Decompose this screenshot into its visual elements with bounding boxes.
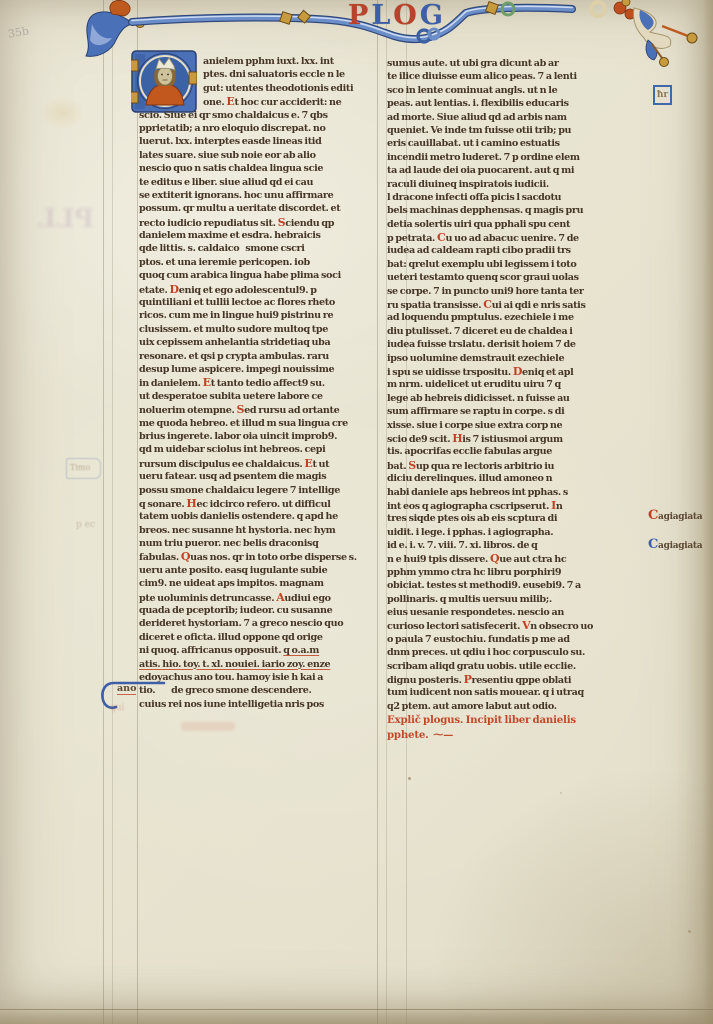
text-line: dignu posteris. Presentiu qppe oblati	[387, 673, 605, 686]
rubricated-initial: E	[203, 376, 211, 389]
text-line: danielem maxime et esdra. hebraicis	[139, 229, 371, 242]
ruling-line	[137, 0, 138, 1024]
text-line: int eos q agiographa cscripserut. In	[387, 499, 605, 512]
text-line: iudea ad caldeam rapti cibo pradii trs	[387, 244, 605, 257]
gold-ball	[687, 33, 697, 43]
rubricated-initial: C	[437, 231, 445, 244]
text-line: me quoda hebreo. et illud m sua lingua c…	[139, 417, 371, 430]
text-line: pphete. ⁓—	[387, 728, 605, 743]
ink-speck	[688, 930, 691, 933]
red-underlined-text: q o.a.m	[283, 645, 319, 656]
text-line: diceret e oficta. illud oppone qd orige	[139, 631, 371, 644]
heading-letter: L	[371, 0, 393, 31]
text-line: gut: utentes theodotionis editi	[203, 82, 371, 95]
margin-word: agiagiata	[658, 512, 702, 522]
ruling-line	[377, 0, 378, 1024]
text-line: ru spatia transisse. Cui ai qdi e nris s…	[387, 298, 605, 311]
rubricated-initial: S	[237, 403, 245, 416]
text-line: qde littis. s. caldaico smone cscri	[139, 242, 371, 255]
text-line: luerut. lxx. interptes easde lineas itid	[139, 135, 371, 148]
margin-word: agiagiata	[658, 541, 702, 551]
text-line: te ilice diuisse eum alico peas. 7 a len…	[387, 70, 605, 83]
text-line: id e. i. v. 7. viii. 7. xi. libros. de q	[387, 539, 605, 552]
text-line: te editus e liber. siue aliud qd ei cau	[139, 176, 371, 189]
text-line: tatem uobis danielis ostendere. q apd he	[139, 510, 371, 523]
gold-tab	[131, 60, 138, 71]
text-line: scio. Siue ei qr smo chaldaicus e. 7 qbs	[139, 109, 371, 122]
ink-speck	[560, 792, 562, 794]
text-line: uidit. i lege. i pphas. i agiographa.	[387, 526, 605, 539]
text-line: ad morte. Siue aliud qd ad arbis nam	[387, 111, 605, 124]
text-line: one. Et hoc cur acciderit: ne	[203, 95, 371, 108]
showthrough-qui: qui	[110, 703, 124, 713]
text-line: quada de pceptorib; iudeor. cu susanne	[139, 604, 371, 617]
text-line: fabulas. Quas nos. qr in toto orbe dispe…	[139, 550, 371, 563]
text-line: cuius rei nos iune intelligetia nris pos	[139, 698, 371, 711]
text-line: ta ad laude dei oia puocarent. aut q mi	[387, 164, 605, 177]
text-line: scio de9 scit. His 7 istiusmoi argum	[387, 432, 605, 445]
rubricated-initial: H	[186, 497, 196, 510]
rubricated-initial: P	[464, 673, 472, 686]
text-column-right: sumus aute. ut ubi gra dicunt ab arte il…	[387, 57, 605, 742]
text-line: pphm ymmo ctra hc libru porphiri9	[387, 566, 605, 579]
text-line: tres siqde ptes ois ab eis scptura di	[387, 512, 605, 525]
rubricated-initial: I	[551, 499, 556, 512]
rubricated-initial: C	[648, 537, 658, 552]
text-line: ueteri testamto quenq scor graui uolas	[387, 271, 605, 284]
text-line: i spu se uidisse trspositu. Deniq et apl	[387, 365, 605, 378]
text-line: possu smone chaldaicu legere 7 intellige	[139, 484, 371, 497]
margin-note-cagiagiata-2: Cagiagiata	[648, 537, 702, 552]
parchment-stain	[40, 96, 86, 130]
text-line: se corpe. 7 in puncto uni9 hore tanta te…	[387, 285, 605, 298]
text-line: edoyachus ano tou. hamoy isie h kai a	[139, 671, 371, 684]
text-line: num triu pueror. nec belis draconisq	[139, 537, 371, 550]
page-edge-bottom	[0, 1009, 713, 1024]
text-line: ricos. cum me in lingue hui9 pistrinu re	[139, 309, 371, 322]
text-line: pte uoluminis detruncasse. Audiui ego	[139, 591, 371, 604]
text-line: se extiterit ignorans. hoc unu affirmare	[139, 189, 371, 202]
text-line: raculi diuineq inspiratois iudicii.	[387, 178, 605, 191]
rubricated-initial: Q	[181, 550, 190, 563]
text-line: l dracone infecti offa picis l sacdotu	[387, 191, 605, 204]
text-line: in danielem. Et tanto tedio affect9 su.	[139, 376, 371, 389]
text-line: recto iudicio repudiatus sit. Sciendu qp	[139, 216, 371, 229]
text-line: ptos. et una ieremie pericopen. iob	[139, 256, 371, 269]
text-line: nescio quo n satis chaldea lingua scie	[139, 162, 371, 175]
text-line: bat. Sup qua re lectoris arbitrio iu	[387, 459, 605, 472]
orange-curl	[110, 0, 130, 16]
text-line: anielem pphm iuxt. lxx. int	[203, 55, 371, 68]
text-line: m nrm. uidelicet ut eruditu uiru 7 q	[387, 378, 605, 391]
text-line: eius uesanie respondetes. nescio an	[387, 606, 605, 619]
gold-knot	[280, 12, 293, 25]
text-line: quoq cum arabica lingua habe plima soci	[139, 269, 371, 282]
text-line: etate. Deniq et ego adolescentul9. p	[139, 283, 371, 296]
text-line: tio. de greco smone descendere.	[139, 684, 371, 697]
text-line: tis. apocrifas ecclie fabulas argue	[387, 445, 605, 458]
rubricated-initial: C	[648, 508, 658, 523]
text-column-left: anielem pphm iuxt. lxx. intptes. dni sal…	[139, 55, 371, 711]
margin-note-cagiagiata-1: Cagiagiata	[648, 508, 702, 523]
showthrough-note-2: p ec	[76, 520, 95, 530]
text-line: scribam aliqd gratu uobis. utile ecclie.	[387, 660, 605, 673]
text-line: sumus aute. ut ubi gra dicunt ab ar	[387, 57, 605, 70]
text-line: bat: qrelut exemplu ubi legissem i toto	[387, 258, 605, 271]
showthrough-note-box: Timo	[66, 458, 101, 479]
text-line: n e hui9 tpis dissere. Que aut ctra hc	[387, 552, 605, 565]
page-edge-right	[703, 0, 713, 1024]
text-line: dnm preces. ut qdiu i hoc corpusculo su.	[387, 646, 605, 659]
rubricated-initial: C	[483, 298, 491, 311]
text-line: bels machinas depphensas. q magis pru	[387, 204, 605, 217]
text-line: ueru ante posito. easq iugulante subie	[139, 564, 371, 577]
heading-letter: G	[420, 0, 446, 31]
text-line: incendii metro luderet. 7 p ordine elem	[387, 151, 605, 164]
erased-red-smudge	[181, 722, 235, 731]
text-line: sum affirmare se raptu in corpe. s di	[387, 405, 605, 418]
text-line: breos. nec susanne ht hystoria. nec hym	[139, 524, 371, 537]
heading-letter: P	[348, 0, 371, 31]
text-line: curioso lectori satisfecerit. Vn obsecro…	[387, 619, 605, 632]
text-line: p petrata. Cu uo ad abacuc uenire. 7 de	[387, 231, 605, 244]
text-line: Explič plogus. Incipit liber danielis	[387, 713, 605, 728]
text-line: detia solertis uiri qua pphali spu cent	[387, 218, 605, 231]
quire-mark: ħr	[657, 90, 668, 100]
text-line: ptes. dni saluatoris eccle n le	[203, 68, 371, 81]
text-line: pollinaris. q multis uersuu milib;.	[387, 593, 605, 606]
text-line: ni quoq. affricanus opposuit. q o.a.m	[139, 644, 371, 657]
rubricated-initial: D	[513, 365, 522, 378]
text-line: sco in lente cominuat angls. ut n le	[387, 84, 605, 97]
inserted-word: ano	[117, 683, 136, 695]
ruling-line	[103, 0, 104, 1024]
text-line: derideret hystoriam. 7 a greco nescio qu…	[139, 617, 371, 630]
text-line: noluerim otempne. Sed rursu ad ortante	[139, 403, 371, 416]
rubricated-initial: A	[276, 591, 284, 604]
text-line: clusissem. et multo sudore multoq tpe	[139, 323, 371, 336]
text-line: diu ptulisset. 7 diceret eu de chaldea i	[387, 325, 605, 338]
text-line: peas. aut lentias. i. flexibilis educari…	[387, 97, 605, 110]
rubricated-initial: E	[226, 95, 234, 108]
text-line: obiciat. testes st methodi9. eusebi9. 7 …	[387, 579, 605, 592]
text-line: diciu derelinques. illud amoneo n	[387, 472, 605, 485]
text-line: xisse. siue i corpe siue extra corp ne	[387, 419, 605, 432]
rubricated-initial: E	[304, 457, 312, 470]
text-line: lege ab hebreis didicisset. n fuisse au	[387, 392, 605, 405]
gold-ball	[660, 58, 669, 67]
text-line: uix cepissem anhelantia stridetiaq uba	[139, 336, 371, 349]
heading-letter: O	[393, 0, 420, 31]
manuscript-page: PLOG anielem pphm iuxt. lxx. intptes. dn…	[0, 0, 713, 1024]
red-underlined-text: atis. hio. toy. t. xl. nouiei. iario zoy…	[139, 659, 330, 670]
rubricated-initial: S	[278, 216, 286, 229]
text-line: q sonare. Hec idcirco refero. ut difficu…	[139, 497, 371, 510]
text-line: qd m uidebar sciolus int hebreos. cepi	[139, 443, 371, 456]
text-line: iudea fuisse trslatu. derisit hoiem 7 de	[387, 338, 605, 351]
text-line: ueru fatear. usq ad psentem die magis	[139, 470, 371, 483]
text-line: brius ingerete. labor oia uincit improb9…	[139, 430, 371, 443]
text-line: atis. hio. toy. t. xl. nouiei. iario zoy…	[139, 658, 371, 671]
showthrough-rubric: PLL	[38, 204, 94, 234]
ink-speck	[408, 777, 411, 780]
text-line: ad loquendu pmptulus. ezechiele i me	[387, 311, 605, 324]
text-line: resonare. et qsi p crypta ambulas. raru	[139, 350, 371, 363]
text-line: ipso uolumine demstrauit ezechiele	[387, 352, 605, 365]
rubricated-initial: Q	[490, 552, 499, 565]
gold-bud	[622, 0, 630, 6]
text-line: rursum discipulus ee chaldaicus. Et ut	[139, 457, 371, 470]
rubricated-initial: V	[522, 619, 530, 632]
text-line: habi daniele aps hebreos int pphas. s	[387, 486, 605, 499]
ruling-line	[112, 0, 113, 1024]
quire-mark-box: ħr	[653, 85, 672, 105]
stem	[662, 26, 688, 36]
text-line: desup lume aspicere. impegi nouissime	[139, 363, 371, 376]
rubricated-initial: H	[452, 432, 462, 445]
cream-knot	[591, 2, 605, 16]
gold-tab	[131, 92, 138, 103]
heading-plog: PLOG	[348, 0, 446, 31]
text-line: tum iudicent non satis mouear. q i utraq	[387, 686, 605, 699]
text-line: queniet. Ve inde tm fuisse otii trib; pu	[387, 124, 605, 137]
text-line: q2 ptem. aut amore labut aut odio.	[387, 700, 605, 713]
rubricated-initial: D	[170, 283, 179, 296]
text-line: ut desperatoe subita uetere labore ce	[139, 390, 371, 403]
text-line: cim9. ne uideat aps impitos. magnam	[139, 577, 371, 590]
text-line: possum. qr multu a ueritate discordet. e…	[139, 202, 371, 215]
text-line: quintiliani et tullii lectoe ac flores r…	[139, 296, 371, 309]
text-line: o paula 7 eustochiu. fundatis p me ad	[387, 633, 605, 646]
rubricated-initial: S	[408, 459, 416, 472]
text-line: lates suare. siue sub noie eor ab alio	[139, 149, 371, 162]
text-line: pprietatib; a nro eloquio discrepat. no	[139, 122, 371, 135]
text-line: eris cauillabat. ut i camino estuatis	[387, 137, 605, 150]
